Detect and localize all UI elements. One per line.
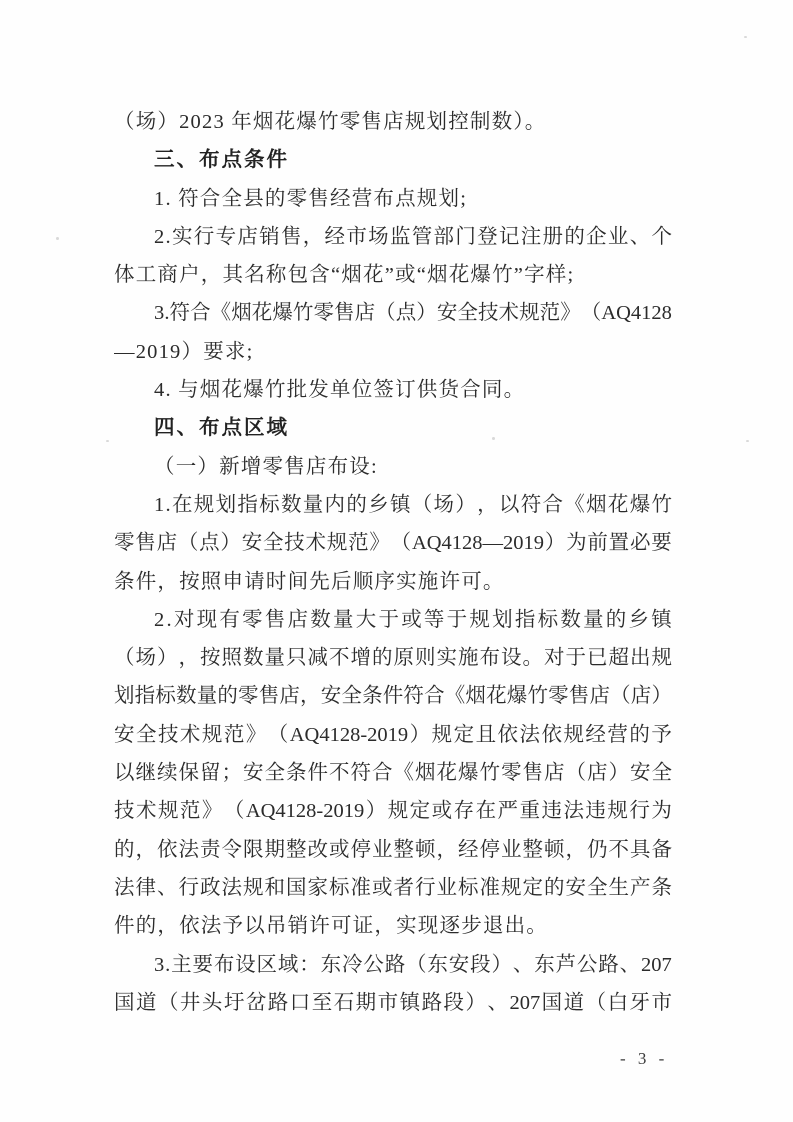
text-token: 前 — [587, 524, 608, 562]
text-token: 技 — [158, 716, 179, 754]
text-token: 市 — [378, 984, 399, 1022]
text-token: 以 — [499, 486, 520, 524]
text-token: 竹 — [480, 754, 501, 792]
text-token: 镇 — [651, 601, 672, 639]
text-token: 范 — [540, 294, 561, 332]
text-line: （一）新增零售店布设: — [114, 448, 672, 486]
text-token: 乡 — [629, 601, 650, 639]
text-token: 定 — [454, 716, 475, 754]
text-token: 符 — [351, 754, 372, 792]
text-token: 点 — [199, 524, 220, 562]
text-token: ） — [220, 524, 241, 562]
text-token: 的 — [606, 601, 627, 639]
text-token: 数 — [560, 601, 581, 639]
text-token: 全 — [341, 677, 362, 715]
text-token: 规 — [519, 294, 540, 332]
text-token: 术 — [180, 716, 201, 754]
text-token: 律 — [136, 869, 157, 907]
text-token: 册 — [543, 218, 564, 256]
text-token: 停 — [480, 831, 501, 869]
text-token: 规 — [388, 792, 409, 830]
text-token: 》 — [202, 792, 223, 830]
text-token: 店 — [355, 294, 376, 332]
text-token: 范 — [180, 792, 201, 830]
text-token: 生 — [609, 869, 630, 907]
text-token: 安 — [449, 946, 470, 984]
text-token: （ — [375, 294, 396, 332]
text-token: 零 — [114, 524, 135, 562]
text-token: 店 — [544, 754, 565, 792]
text-token: 《 — [445, 677, 466, 715]
text-token: 竹 — [293, 294, 314, 332]
text-token: 东 — [534, 946, 555, 984]
text-token: 规 — [469, 601, 490, 639]
text-token: 要 — [651, 524, 672, 562]
text-token: 整 — [394, 831, 415, 869]
scan-speck — [492, 437, 495, 440]
text-token: 量 — [303, 486, 324, 524]
text-token: 划 — [492, 601, 513, 639]
text-token: （ — [114, 639, 135, 677]
text-token: 不 — [609, 831, 630, 869]
text-token: 头 — [202, 984, 223, 1022]
text-token: 售 — [569, 677, 590, 715]
section-heading: 四、布点区域 — [114, 409, 672, 447]
text-token: 为 — [566, 524, 587, 562]
text-token: ， — [136, 831, 157, 869]
text-token: 》 — [369, 524, 390, 562]
text-token: 不 — [329, 639, 350, 677]
text-token: 的 — [114, 831, 135, 869]
text-token: AQ4128 — [601, 294, 672, 332]
text-token: 的 — [346, 486, 367, 524]
text-token: 合 — [372, 754, 393, 792]
text-token: 于 — [378, 601, 399, 639]
text-token: 石 — [334, 984, 355, 1022]
scan-speck — [56, 237, 59, 240]
text-token: 芦 — [556, 946, 577, 984]
text-token: 全 — [265, 754, 286, 792]
text-token: 业 — [608, 218, 629, 256]
text-token: 整 — [523, 831, 544, 869]
text-token: . — [166, 486, 171, 524]
text-token: 全 — [457, 294, 478, 332]
text-token: 布 — [480, 639, 501, 677]
text-line: 条件，按照申请时间先后顺序实施许可。 — [114, 563, 672, 601]
text-token: 原 — [394, 639, 415, 677]
text-token: 3 — [154, 294, 164, 332]
text-token: ） — [466, 984, 487, 1022]
document-page: （场）2023 年烟花爆竹零售店规划控制数）。三、布点条件1. 符合全县的零售经… — [0, 0, 793, 1122]
text-line: 4. 与烟花爆竹批发单位签订供货合同。 — [114, 371, 672, 409]
text-token: 井 — [180, 984, 201, 1022]
text-token: 具 — [630, 831, 651, 869]
text-token: 顿 — [544, 831, 565, 869]
text-token: 规 — [194, 486, 215, 524]
text-line: 件的，依法予以吊销许可证，实现逐步退出。 — [114, 907, 672, 945]
text-token: 花 — [608, 486, 629, 524]
text-token: 店 — [279, 677, 300, 715]
text-token: 或 — [432, 792, 453, 830]
text-token: ， — [300, 677, 321, 715]
text-token: 销 — [259, 218, 280, 256]
text-line: 1.在规划指标数量内的乡镇（场），以符合《烟花爆竹 — [114, 486, 672, 524]
text-token: 依 — [498, 716, 519, 754]
text-token: 3 — [154, 946, 164, 984]
text-token: 法 — [179, 831, 200, 869]
text-token: 国 — [286, 869, 307, 907]
text-token: 家 — [308, 869, 329, 907]
text-token: 经 — [325, 218, 346, 256]
section-heading: 三、布点条件 — [114, 141, 672, 179]
text-token: ） — [545, 524, 566, 562]
text-token: ） — [609, 754, 630, 792]
text-token: 规 — [202, 716, 223, 754]
text-token: 售 — [259, 677, 280, 715]
text-token: 花 — [486, 677, 507, 715]
text-token: 条 — [286, 754, 307, 792]
text-token: 公 — [577, 946, 598, 984]
text-token: 企 — [586, 218, 607, 256]
text-line: 3.符合《烟花爆竹零售店（点）安全技术规范》（AQ4128 — [114, 294, 672, 332]
text-token: AQ4128-2019 — [290, 716, 408, 754]
text-token: ） — [410, 716, 431, 754]
text-token: 市 — [346, 218, 367, 256]
scan-speck — [744, 36, 747, 38]
text-token: 镇 — [390, 486, 411, 524]
text-token: ） — [651, 677, 672, 715]
text-token: 违 — [541, 792, 562, 830]
text-line: 体工商户，其名称包含“烟花”或“烟花爆竹”字样; — [114, 256, 672, 294]
text-token: 定 — [523, 869, 544, 907]
text-line: 的，依法责令限期整改或停业整顿，经停业整顿，仍不具备 — [114, 831, 672, 869]
text-token: 范 — [224, 716, 245, 754]
text-token: 量 — [583, 601, 604, 639]
text-token: 至 — [312, 984, 333, 1022]
text-token: 店 — [631, 677, 652, 715]
text-token: 照 — [222, 639, 243, 677]
text-token: 符 — [521, 486, 542, 524]
text-token: 路 — [385, 946, 406, 984]
text-line: 1. 符合全县的零售经营布点规划; — [114, 180, 672, 218]
text-token: 超 — [609, 639, 630, 677]
text-token: 术 — [136, 792, 157, 830]
text-token: 竹 — [652, 486, 673, 524]
text-token: 部 — [434, 218, 455, 256]
text-token: 。 — [523, 639, 544, 677]
text-token: 规 — [432, 716, 453, 754]
text-token: 售 — [135, 524, 156, 562]
text-token: 划 — [216, 486, 237, 524]
text-token: 、 — [620, 946, 641, 984]
text-token: 路 — [422, 984, 443, 1022]
text-token: 主 — [171, 946, 192, 984]
text-token: 道 — [564, 984, 585, 1022]
text-token: 全 — [263, 524, 284, 562]
text-token: 施 — [458, 639, 479, 677]
text-token: 售 — [334, 294, 355, 332]
text-token: 2 — [154, 218, 164, 256]
text-token: 期 — [265, 831, 286, 869]
text-token: 安 — [321, 677, 342, 715]
text-token: 条 — [362, 677, 383, 715]
text-token: （ — [586, 984, 607, 1022]
text-token: 管 — [412, 218, 433, 256]
text-token: 限 — [243, 831, 264, 869]
text-token: 207 — [509, 984, 540, 1022]
text-token: （ — [581, 294, 602, 332]
text-token: 售 — [281, 218, 302, 256]
text-token: ， — [477, 486, 498, 524]
text-token: 依 — [541, 716, 562, 754]
text-token: 规 — [243, 869, 264, 907]
text-token: 者 — [394, 869, 415, 907]
scan-speck — [106, 440, 109, 442]
text-token: 仍 — [587, 831, 608, 869]
text-token: 安 — [114, 716, 135, 754]
scan-speck — [746, 440, 749, 442]
text-token: 、 — [630, 218, 651, 256]
text-token: （ — [566, 754, 587, 792]
text-token: 符 — [170, 294, 191, 332]
text-token: 花 — [252, 294, 273, 332]
text-token: 行 — [415, 869, 436, 907]
text-token: 政 — [200, 869, 221, 907]
text-token: 牙 — [630, 984, 651, 1022]
text-token: 》 — [246, 716, 267, 754]
text-token: 等 — [424, 601, 445, 639]
text-token: 备 — [652, 831, 673, 869]
text-token: 烟 — [231, 294, 252, 332]
text-token: 标 — [458, 869, 479, 907]
text-token: 技 — [284, 524, 305, 562]
text-token: 段 — [470, 946, 491, 984]
text-token: 件 — [383, 677, 404, 715]
text-token: 爆 — [507, 677, 528, 715]
text-token: . — [166, 601, 171, 639]
text-token: 全 — [136, 716, 157, 754]
text-token: 数 — [243, 639, 264, 677]
page-number: - 3 - — [620, 1049, 668, 1069]
text-token: 镇 — [400, 984, 421, 1022]
text-token: 全 — [652, 754, 673, 792]
text-token: （ — [268, 716, 289, 754]
text-token: 严 — [498, 792, 519, 830]
text-token: 东 — [321, 946, 342, 984]
text-token: 市 — [652, 984, 673, 1022]
text-token: 公 — [363, 946, 384, 984]
text-token: 国 — [114, 984, 135, 1022]
text-token: 花 — [437, 754, 458, 792]
text-token: ） — [455, 486, 476, 524]
text-token: 点 — [396, 294, 417, 332]
text-token: 标 — [329, 869, 350, 907]
text-token: ， — [179, 639, 200, 677]
text-token: 爆 — [630, 486, 651, 524]
text-token: 标 — [538, 601, 559, 639]
text-token: 置 — [609, 524, 630, 562]
text-token: 规 — [327, 524, 348, 562]
text-token: 量 — [333, 601, 354, 639]
text-token: 2 — [154, 601, 164, 639]
text-token: 白 — [608, 984, 629, 1022]
text-token: 期 — [356, 984, 377, 1022]
text-token: 段 — [444, 984, 465, 1022]
text-token: 《 — [564, 486, 585, 524]
text-token: 全 — [587, 869, 608, 907]
text-token: 实 — [437, 639, 458, 677]
text-line: 安全技术规范》（AQ4128-2019）规定且依法依规经营的予 — [114, 716, 672, 754]
text-token: 停 — [351, 831, 372, 869]
text-token: （ — [610, 677, 631, 715]
text-token: （ — [158, 984, 179, 1022]
text-line: 国道（井头圩岔路口至石期市镇路段）、207国道（白牙市 — [114, 984, 672, 1022]
text-token: 合 — [543, 486, 564, 524]
text-token: 必 — [630, 524, 651, 562]
text-token: 安 — [437, 294, 458, 332]
text-token: 的 — [544, 869, 565, 907]
text-token: AQ4128-2019 — [246, 792, 364, 830]
text-token: 冷 — [342, 946, 363, 984]
text-token: 记 — [499, 218, 520, 256]
text-token: 零 — [501, 754, 522, 792]
text-token: 烟 — [465, 677, 486, 715]
text-token: 对 — [174, 601, 195, 639]
text-token: 续 — [157, 754, 178, 792]
text-token: 以 — [114, 754, 135, 792]
text-token: 已 — [587, 639, 608, 677]
text-token: 的 — [372, 639, 393, 677]
text-token: 或 — [372, 869, 393, 907]
text-token: 营 — [607, 716, 628, 754]
text-token: 域 — [278, 946, 299, 984]
text-token: 只 — [286, 639, 307, 677]
text-token: ： — [299, 946, 320, 984]
text-token: 行 — [179, 869, 200, 907]
text-line: 2.实行专店销售，经市场监管部门登记注册的企业、个 — [114, 218, 672, 256]
text-token: 有 — [219, 601, 240, 639]
text-line: 法律、行政法规和国家标准或者行业标准规定的安全生产条 — [114, 869, 672, 907]
text-token: 场 — [368, 218, 389, 256]
text-token: 爆 — [272, 294, 293, 332]
text-token: 实 — [172, 218, 193, 256]
text-token: 场 — [136, 639, 157, 677]
text-token: 指 — [237, 486, 258, 524]
text-token: 行 — [194, 218, 215, 256]
text-token: 法 — [520, 716, 541, 754]
text-token: ） — [491, 946, 512, 984]
text-token: 继 — [136, 754, 157, 792]
text-token: ） — [366, 792, 387, 830]
text-token: ， — [437, 831, 458, 869]
text-token: 保 — [179, 754, 200, 792]
text-token: 、 — [487, 984, 508, 1022]
text-token: 在 — [476, 792, 497, 830]
text-token: 注 — [521, 218, 542, 256]
text-line: 划指标数量的零售店，安全条件符合《烟花爆竹零售店（店） — [114, 677, 672, 715]
text-token: 或 — [329, 831, 350, 869]
text-token: 予 — [651, 716, 672, 754]
text-token: 经 — [585, 716, 606, 754]
text-token: 术 — [499, 294, 520, 332]
text-token: （ — [391, 524, 412, 562]
text-token: 内 — [325, 486, 346, 524]
text-token: 售 — [523, 754, 544, 792]
text-token: 经 — [458, 831, 479, 869]
text-token: 场 — [434, 486, 455, 524]
text-token: 东 — [427, 946, 448, 984]
text-token: 圩 — [224, 984, 245, 1022]
text-token: 安 — [243, 754, 264, 792]
text-token: 范 — [348, 524, 369, 562]
text-token: 店 — [157, 524, 178, 562]
text-token: AQ4128—2019 — [412, 524, 544, 562]
text-token: 业 — [372, 831, 393, 869]
text-token: 增 — [351, 639, 372, 677]
text-token: 数 — [176, 677, 197, 715]
text-token: 且 — [476, 716, 497, 754]
text-token: 路 — [598, 946, 619, 984]
text-token: 存 — [454, 792, 475, 830]
text-token: 和 — [265, 869, 286, 907]
text-line: 零售店（点）安全技术规范》（AQ4128—2019）为前置必要 — [114, 524, 672, 562]
text-token: 竹 — [527, 677, 548, 715]
text-token: 零 — [242, 601, 263, 639]
text-token: 岔 — [246, 984, 267, 1022]
text-token: 烟 — [415, 754, 436, 792]
text-token: 为 — [651, 792, 672, 830]
text-token: 1 — [154, 486, 164, 524]
text-token: 安 — [242, 524, 263, 562]
text-token: 令 — [222, 831, 243, 869]
text-token: 责 — [200, 831, 221, 869]
text-token: 顿 — [415, 831, 436, 869]
text-token: 指 — [135, 677, 156, 715]
text-token: 在 — [172, 486, 193, 524]
text-token: 数 — [281, 486, 302, 524]
text-token: ， — [566, 831, 587, 869]
text-line: 2.对现有零售店数量大于或等于规划指标数量的乡镇 — [114, 601, 672, 639]
text-token: 指 — [515, 601, 536, 639]
text-token: 术 — [306, 524, 327, 562]
text-token: 整 — [286, 831, 307, 869]
text-token: 《 — [211, 294, 232, 332]
text-token: 要 — [192, 946, 213, 984]
text-token: 规 — [563, 716, 584, 754]
text-token: 的 — [629, 716, 650, 754]
text-token: 个 — [652, 218, 673, 256]
text-token: 规 — [607, 792, 628, 830]
text-token: 路 — [268, 984, 289, 1022]
text-token: 登 — [477, 218, 498, 256]
text-token: 行 — [629, 792, 650, 830]
text-token: 按 — [200, 639, 221, 677]
text-token: ； — [222, 754, 243, 792]
text-token: 监 — [390, 218, 411, 256]
text-token: 售 — [265, 601, 286, 639]
text-token: 技 — [478, 294, 499, 332]
text-token: 出 — [630, 639, 651, 677]
text-token: 的 — [564, 218, 585, 256]
text-token: 量 — [265, 639, 286, 677]
text-token: 《 — [394, 754, 415, 792]
text-line: 技术规范》（AQ4128-2019）规定或存在严重违法违规行为 — [114, 792, 672, 830]
text-token: 件 — [308, 754, 329, 792]
text-token: 数 — [310, 601, 331, 639]
text-token: （ — [178, 524, 199, 562]
text-token: 门 — [455, 218, 476, 256]
text-token: 》 — [560, 294, 581, 332]
